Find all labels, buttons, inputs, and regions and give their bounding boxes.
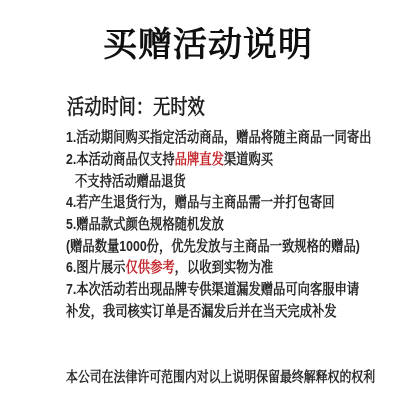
notice-line: 补发，我司核实订单是否漏发后并在当天完成补发: [66, 300, 416, 322]
notice-line-text: (赠品数量1000份，优先发放与主商品一致规格的赠品): [66, 235, 360, 256]
notice-text: 2.本活动商品仅支持: [66, 151, 175, 168]
notice-text: 4.若产生退货行为，赠品与主商品需一并打包寄回: [66, 194, 335, 211]
notice-line: 6.图片展示仅供参考，以收到实物为准: [66, 256, 416, 278]
notice-line-text: 补发，我司核实订单是否漏发后并在当天完成补发: [66, 300, 337, 321]
notice-text: 5.赠品款式颜色规格随机发放: [66, 216, 224, 233]
notice-text: 渠道购买: [224, 151, 273, 168]
notice-text: 补发，我司核实订单是否漏发后并在当天完成补发: [66, 303, 337, 320]
notice-text: 7.本次活动若出现品牌专供渠道漏发赠品可向客服申请: [66, 281, 359, 298]
activity-time-label: 活动时间：无时效: [67, 91, 205, 121]
notice-line-text: 1.活动期间购买指定活动商品，赠品将随主商品一同寄出: [66, 126, 371, 147]
notice-list: 1.活动期间购买指定活动商品，赠品将随主商品一同寄出2.本活动商品仅支持品牌直发…: [66, 126, 416, 321]
promo-notice-poster: 买赠活动说明 活动时间：无时效 1.活动期间购买指定活动商品，赠品将随主商品一同…: [0, 0, 416, 416]
notice-line: 4.若产生退货行为，赠品与主商品需一并打包寄回: [66, 191, 416, 213]
notice-line-text: 不支持活动赠品退货: [75, 170, 186, 191]
page-title: 买赠活动说明: [0, 26, 416, 65]
notice-line-text: 6.图片展示仅供参考，以收到实物为准: [66, 256, 273, 277]
notice-text: 不支持活动赠品退货: [75, 173, 186, 190]
notice-line: 5.赠品款式颜色规格随机发放: [66, 213, 416, 235]
notice-text: ，以收到实物为准: [175, 259, 273, 276]
notice-line: 不支持活动赠品退货: [66, 169, 416, 191]
notice-line-text: 4.若产生退货行为，赠品与主商品需一并打包寄回: [66, 191, 335, 212]
notice-line: 7.本次活动若出现品牌专供渠道漏发赠品可向客服申请: [66, 278, 416, 300]
notice-highlight: 品牌直发: [175, 151, 224, 168]
notice-text: 6.图片展示: [66, 259, 125, 276]
notice-highlight: 仅供参考: [125, 259, 174, 276]
notice-text: (赠品数量1000份，优先发放与主商品一致规格的赠品): [66, 238, 360, 255]
notice-text: 1.活动期间购买指定活动商品，赠品将随主商品一同寄出: [66, 129, 371, 146]
notice-line: 1.活动期间购买指定活动商品，赠品将随主商品一同寄出: [66, 126, 416, 148]
legal-disclaimer: 本公司在法律许可范围内对以上说明保留最终解释权的权利: [66, 366, 375, 387]
notice-line: 2.本活动商品仅支持品牌直发渠道购买: [66, 148, 416, 170]
notice-line-text: 2.本活动商品仅支持品牌直发渠道购买: [66, 148, 273, 169]
notice-line-text: 7.本次活动若出现品牌专供渠道漏发赠品可向客服申请: [66, 278, 359, 299]
notice-line: (赠品数量1000份，优先发放与主商品一致规格的赠品): [66, 234, 416, 256]
notice-line-text: 5.赠品款式颜色规格随机发放: [66, 213, 224, 234]
